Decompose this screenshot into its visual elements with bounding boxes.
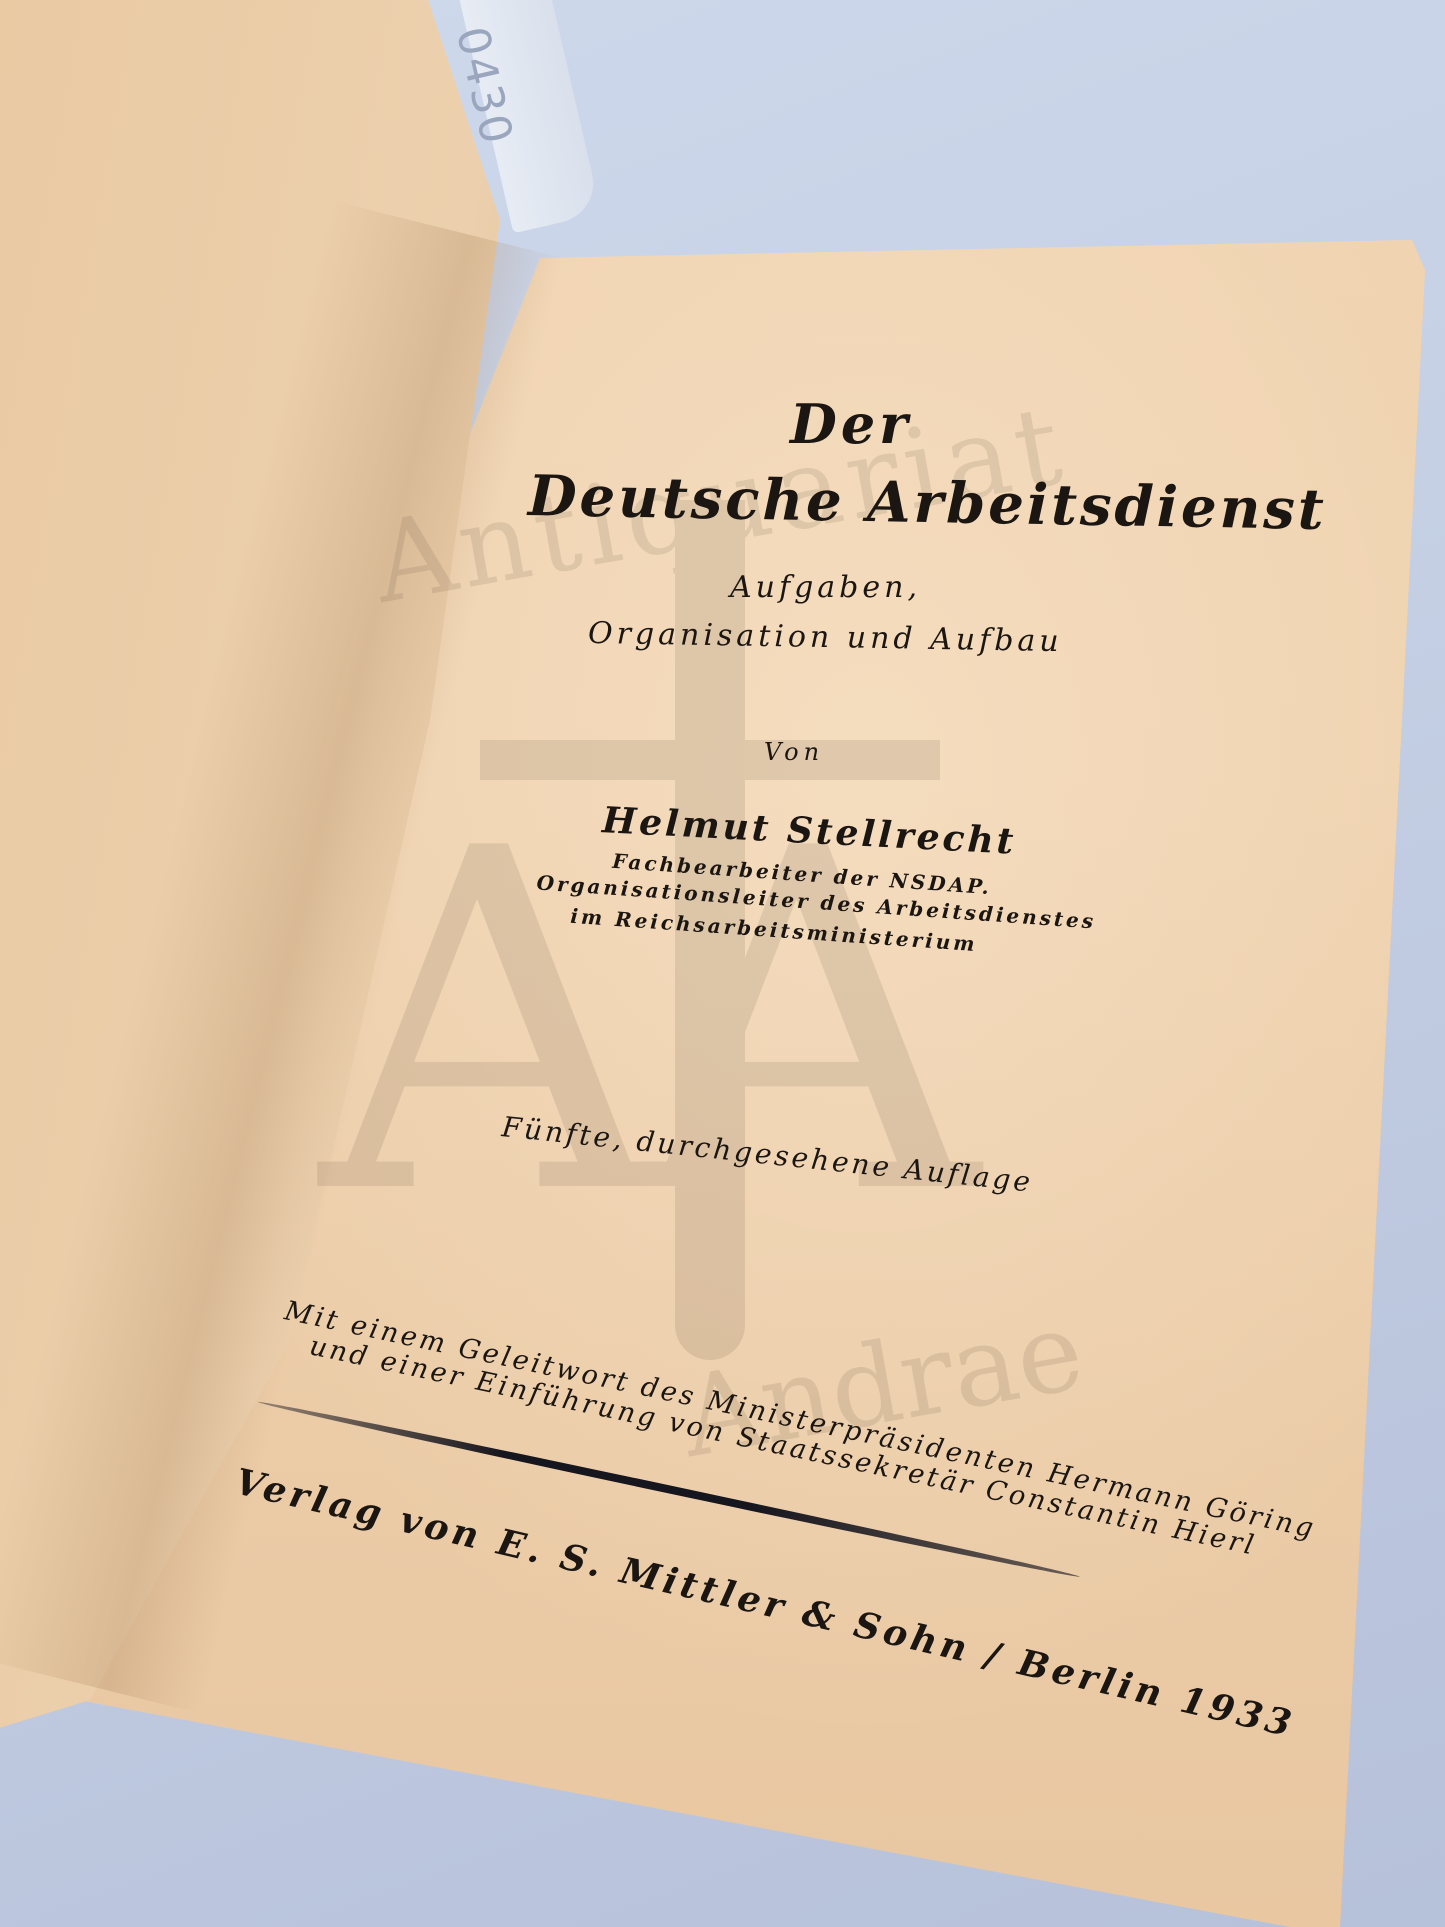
title-line-2: Deutsche Arbeitsdienst — [527, 463, 1327, 543]
by-label: Von — [764, 738, 824, 766]
book-photo: 0430 Antiquariat AA Andrae Der Deutsche … — [0, 0, 1445, 1927]
subtitle-line-1: Aufgaben, — [730, 570, 921, 605]
title-line-1: Der — [790, 392, 912, 456]
